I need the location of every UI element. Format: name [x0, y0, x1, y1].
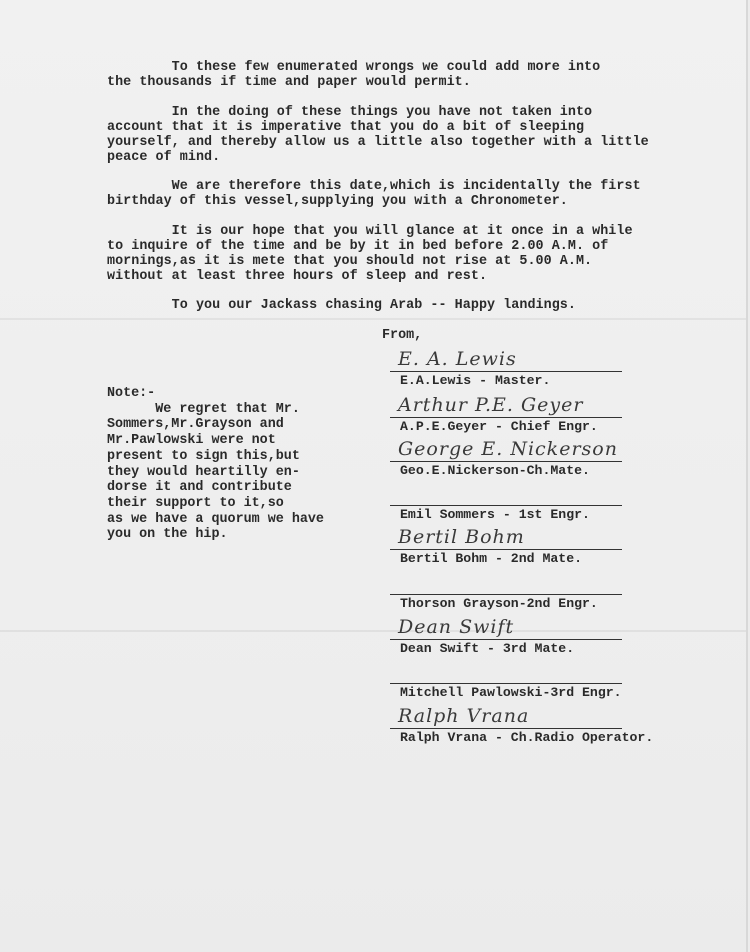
paragraph-4: It is our hope that you will glance at i… — [107, 224, 717, 284]
signatory-name: Bertil Bohm - 2nd Mate. — [400, 551, 582, 566]
signatory-name: Ralph Vrana - Ch.Radio Operator. — [400, 730, 653, 745]
signature-block: Dean Swift Dean Swift - 3rd Mate. — [390, 610, 622, 656]
letter-page: To these few enumerated wrongs we could … — [0, 0, 748, 952]
signature-line — [390, 505, 622, 506]
signature-block: Ralph Vrana Ralph Vrana - Ch.Radio Opera… — [390, 699, 622, 745]
paper-fold — [0, 318, 746, 320]
paragraph-1: To these few enumerated wrongs we could … — [107, 60, 717, 90]
handwritten-signature: Bertil Bohm — [398, 526, 525, 548]
signature-line — [390, 549, 622, 550]
signature-block: Mitchell Pawlowski-3rd Engr. — [390, 654, 622, 700]
signatory-name: E.A.Lewis - Master. — [400, 373, 550, 388]
signature-line — [390, 461, 622, 462]
signatory-name: Thorson Grayson-2nd Engr. — [400, 596, 598, 611]
paragraph-5: To you our Jackass chasing Arab -- Happy… — [107, 298, 717, 313]
handwritten-signature: George E. Nickerson — [398, 438, 618, 460]
paragraph-3: We are therefore this date,which is inci… — [107, 179, 717, 209]
handwritten-signature: Ralph Vrana — [398, 705, 529, 727]
note-text: Note:- We regret that Mr. Sommers,Mr.Gra… — [107, 386, 357, 543]
signature-line — [390, 371, 622, 372]
paper-fold — [0, 630, 746, 632]
signature-block: E. A. Lewis E.A.Lewis - Master. — [390, 340, 622, 388]
signature-block: Bertil Bohm Bertil Bohm - 2nd Mate. — [390, 520, 622, 566]
signature-block: Emil Sommers - 1st Engr. — [390, 476, 622, 522]
signature-line — [390, 594, 622, 595]
handwritten-signature: E. A. Lewis — [398, 348, 517, 370]
paragraph-2: In the doing of these things you have no… — [107, 105, 717, 165]
handwritten-signature: Dean Swift — [398, 616, 514, 638]
signature-block: George E. Nickerson Geo.E.Nickerson-Ch.M… — [390, 432, 622, 478]
signature-line — [390, 417, 622, 418]
signature-line — [390, 728, 622, 729]
signature-block: Thorson Grayson-2nd Engr. — [390, 565, 622, 611]
signature-block: Arthur P.E. Geyer A.P.E.Geyer - Chief En… — [390, 388, 622, 434]
handwritten-signature: Arthur P.E. Geyer — [398, 394, 583, 416]
signature-line — [390, 639, 622, 640]
signatory-name: Mitchell Pawlowski-3rd Engr. — [400, 685, 622, 700]
signature-line — [390, 683, 622, 684]
